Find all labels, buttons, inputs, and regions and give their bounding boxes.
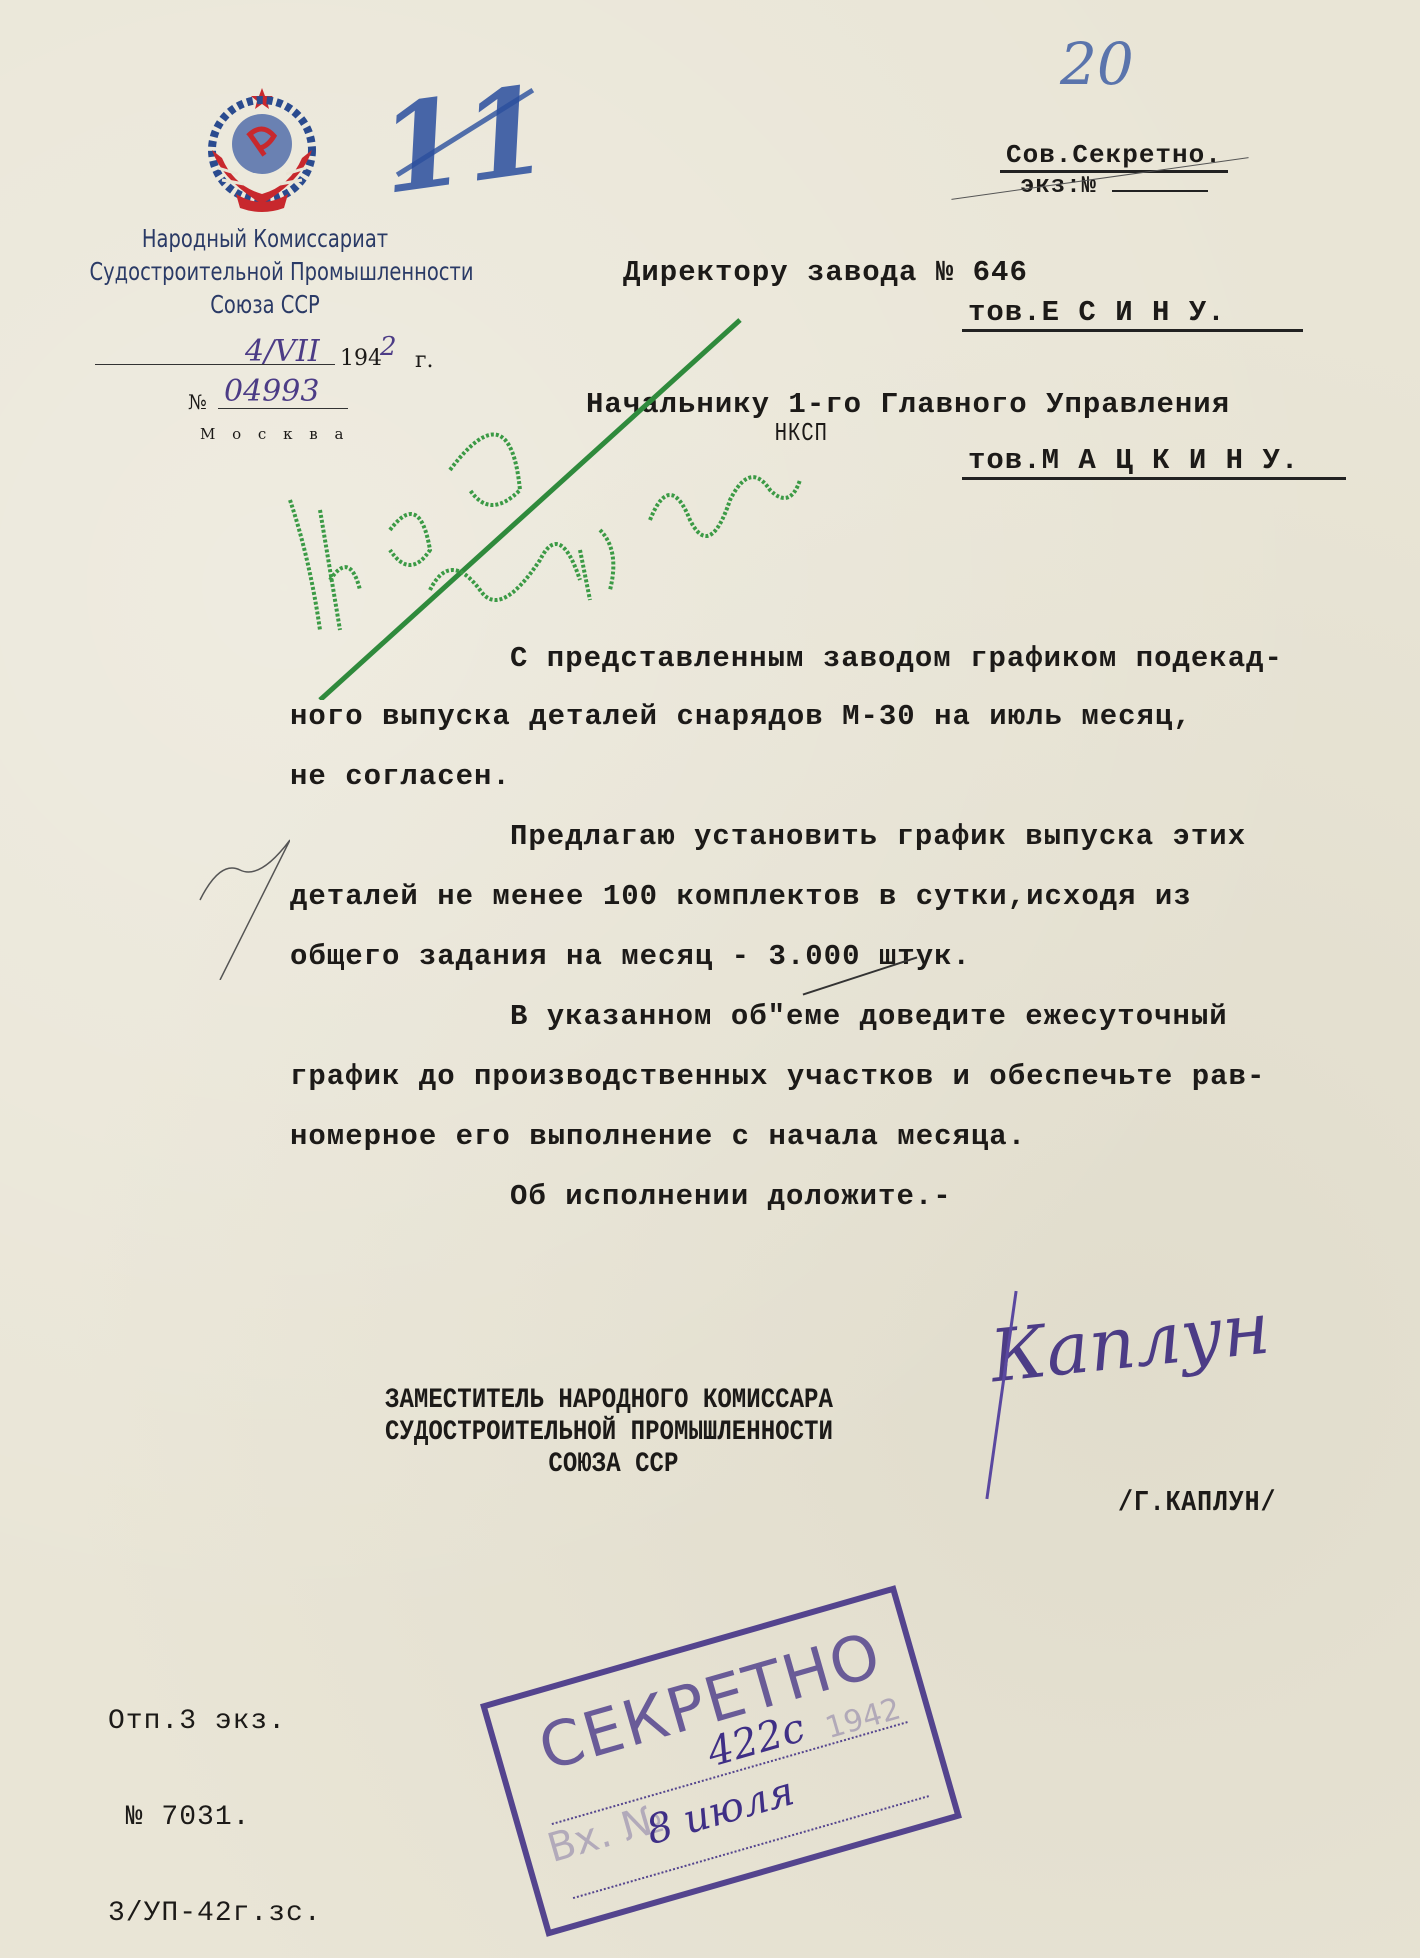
distribution-line: Отп.3 экз. [108,1706,322,1738]
distribution-note: Отп.3 экз. № 7031. 3/УП-42г.зс. [108,1642,322,1958]
copy-number-blank [1112,190,1208,192]
classification-label: Сов.Секретно. экз:№ [1000,140,1228,200]
body-line: график до производственных участков и об… [290,1060,1265,1093]
body-line: Предлагаю установить график выпуска этих [510,820,1246,853]
addressee-1-title: Директору завода № 646 [623,256,1028,289]
number-label: № [188,390,207,414]
signature-title: ЗАМЕСТИТЕЛЬ НАРОДНОГО КОМИССАРА СУДОСТРО… [385,1385,833,1481]
body-line: ного выпуска деталей снарядов М-30 на ию… [290,700,1192,733]
body-line: не согласен. [290,760,511,793]
addressee-1-name: тов.Е С И Н У. [962,296,1303,332]
body-line: Об исполнении доложите.- [510,1180,952,1213]
addressee-2-name: тов.М А Ц К И Н У. [962,444,1346,480]
pencil-margin-mark: 7 [190,820,290,980]
letterhead-line: Судостроительной Промышленности [90,255,441,288]
signatory-name: /Г.КАПЛУН/ [1118,1486,1276,1519]
signature-title-line: СУДОСТРОИТЕЛЬНОЙ ПРОМЫШЛЕННОСТИ [385,1417,833,1449]
distribution-line: № 7031. [108,1802,322,1834]
ussr-emblem-icon [196,86,328,218]
handwritten-signature: Каплун [986,1286,1273,1399]
body-line: деталей не менее 100 комплектов в сутки,… [290,880,1192,913]
classification-text: Сов.Секретно. [1000,140,1228,173]
green-resolution-annotation: Ук п. ??? Тюрина ??? Ус.ЛЛС [270,300,830,700]
body-line: общего задания на месяц - 3.000 штук. [290,940,971,973]
blue-pencil-number: 11 [371,59,556,222]
signature-title-line: СОЮЗА ССР [385,1449,833,1481]
blue-pencil-number: 20 [1060,30,1134,98]
stamp-date-handwritten: 8 июля [641,1768,799,1854]
secret-stamp: СЕКРЕТНО Вх. № 422с 8 июля 1942 [480,1585,962,1937]
signature-title-line: ЗАМЕСТИТЕЛЬ НАРОДНОГО КОМИССАРА [385,1385,833,1417]
body-line: В указанном об"еме доведите ежесуточный [510,1000,1228,1033]
body-line: С представленным заводом графиком подека… [510,642,1283,675]
body-line: номерное его выполнение с начала месяца. [290,1120,1026,1153]
letterhead-line: Народный Комиссариат [90,222,441,255]
distribution-line: 3/УП-42г.зс. [108,1898,322,1930]
